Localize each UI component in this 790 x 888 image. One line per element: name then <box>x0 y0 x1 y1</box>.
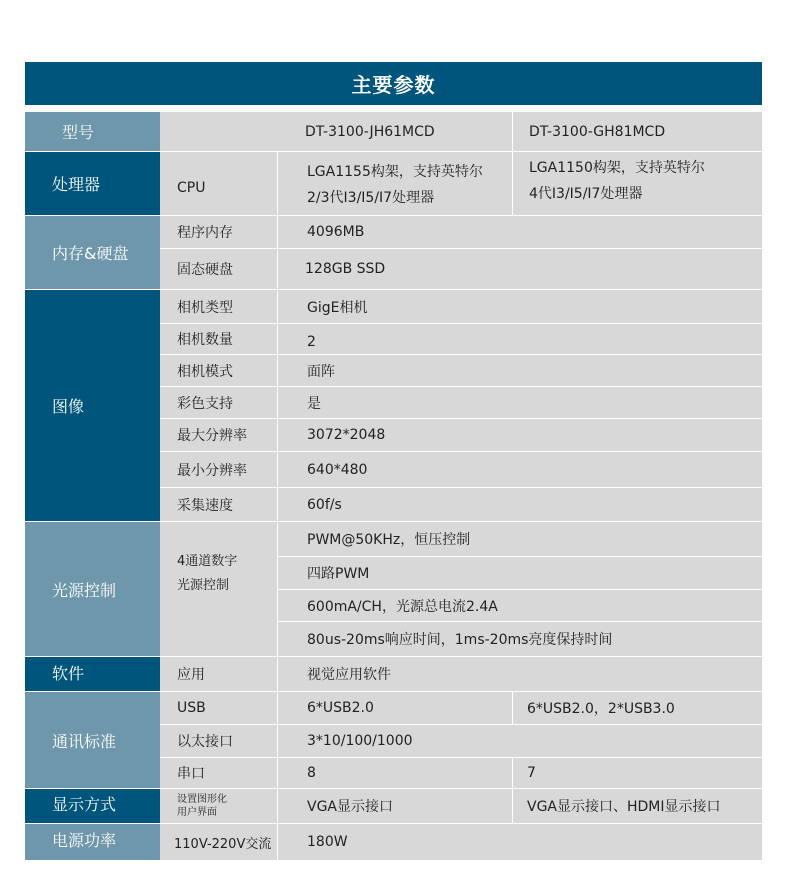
processor-sub: CPU <box>160 152 277 215</box>
light-row-value: 600mA/CH，光源总电流2.4A <box>278 590 762 621</box>
category-processor: 处理器 <box>25 152 160 215</box>
comm-row-value-1: 8 <box>278 758 512 788</box>
memory-row-name: 固态硬盘 <box>160 249 277 289</box>
category-light-source: 光源控制 <box>25 522 160 656</box>
category-power: 电源功率 <box>25 824 160 860</box>
light-row-value: 四路PWM <box>278 557 762 589</box>
category-image: 图像 <box>25 290 160 521</box>
image-row-name: 相机数量 <box>160 324 277 354</box>
image-row-value: GigE相机 <box>278 290 762 323</box>
image-row-value: 面阵 <box>278 355 762 386</box>
light-row-value: 80us-20ms响应时间，1ms-20ms亮度保持时间 <box>278 622 762 656</box>
display-value-1: VGA显示接口 <box>278 789 512 823</box>
model-value-2: DT-3100-GH81MCD <box>513 112 762 151</box>
power-sub: 110V-220V交流 <box>160 824 277 860</box>
category-communication: 通讯标准 <box>25 692 160 788</box>
comm-row-value-2: 6*USB2.0，2*USB3.0 <box>513 692 762 724</box>
memory-row-value: 4096MB <box>278 216 762 248</box>
software-value: 视觉应用软件 <box>278 657 762 691</box>
category-model: 型号 <box>25 112 160 151</box>
image-row-name: 相机模式 <box>160 355 277 386</box>
image-row-name: 相机类型 <box>160 290 277 323</box>
image-row-value: 3072*2048 <box>278 419 762 451</box>
image-row-name: 彩色支持 <box>160 387 277 418</box>
display-sub: 设置图形化 用户界面 <box>160 789 277 823</box>
model-value-1: DT-3100-JH61MCD <box>160 112 512 151</box>
comm-row-name: 串口 <box>160 758 277 788</box>
comm-row-value: 3*10/100/1000 <box>278 725 762 757</box>
category-label: 型号 <box>62 120 94 143</box>
memory-row-value: 128GB SSD <box>278 249 762 289</box>
category-software: 软件 <box>25 657 160 691</box>
image-row-value: 640*480 <box>278 452 762 487</box>
image-row-name: 采集速度 <box>160 488 277 521</box>
comm-row-name: 以太接口 <box>160 725 277 757</box>
display-value-2: VGA显示接口、HDMI显示接口 <box>513 789 762 823</box>
power-value: 180W <box>278 824 762 860</box>
processor-value-2: LGA1150构架，支持英特尔 4代I3/I5/I7处理器 <box>513 152 762 215</box>
processor-value-1: LGA1155构架，支持英特尔 2/3代I3/I5/I7处理器 <box>278 152 512 215</box>
software-sub: 应用 <box>160 657 277 691</box>
image-row-value: 是 <box>278 387 762 418</box>
image-row-name: 最大分辨率 <box>160 419 277 451</box>
category-memory: 内存&硬盘 <box>25 216 160 289</box>
image-row-name: 最小分辨率 <box>160 452 277 487</box>
light-row-value: PWM@50KHz，恒压控制 <box>278 522 762 556</box>
light-sub: 4通道数字 光源控制 <box>160 522 277 656</box>
comm-row-value-1: 6*USB2.0 <box>278 692 512 724</box>
image-row-value: 60f/s <box>278 488 762 521</box>
table-title: 主要参数 <box>25 62 762 105</box>
category-display: 显示方式 <box>25 789 160 823</box>
memory-row-name: 程序内存 <box>160 216 277 248</box>
comm-row-name: USB <box>160 692 277 724</box>
comm-row-value-2: 7 <box>513 758 762 788</box>
image-row-value: 2 <box>278 324 762 354</box>
